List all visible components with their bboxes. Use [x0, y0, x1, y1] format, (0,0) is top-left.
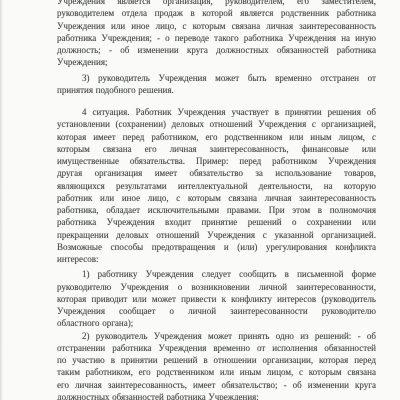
text-line: должностных обязанностей работника Учреж…	[57, 391, 376, 400]
text-line: 4 ситуация. Работник Учреждения участвуе…	[57, 106, 376, 118]
text-line: другая организация имеет обязательство з…	[57, 167, 376, 179]
scan-edge-shadow	[0, 0, 3, 400]
text-line: интересов:	[57, 253, 376, 265]
text-line: которым связана его личная заинтересован…	[57, 143, 376, 155]
text-line: принятия подобного решения.	[57, 84, 376, 96]
text-line: по участию в принятии решений в отношени…	[57, 354, 376, 366]
scanned-document-page: Учреждения является организация, руковод…	[0, 0, 400, 400]
text-line: имущественные обязательства. Пример: пер…	[57, 155, 376, 167]
text-line: работника, обладает исключительными прав…	[57, 204, 376, 216]
text-line: Учреждения или иное лицо, с которым связ…	[57, 20, 376, 32]
text-line: Учреждения является организация, руковод…	[57, 0, 376, 7]
text-line: его личная заинтересованность, имеет обя…	[57, 379, 376, 391]
text-line: отстранении работника Учреждения временн…	[57, 342, 376, 354]
text-line: которая имеет перед работником, его родс…	[57, 131, 376, 143]
text-line: таким работником, его родственником или …	[57, 366, 376, 378]
text-line: работник или иное лицо, с которым связан…	[57, 192, 376, 204]
text-line: руководителем отдела продаж в которой яв…	[57, 7, 376, 19]
text-line: 2) руководитель Учреждения может принять…	[57, 330, 376, 342]
document-text-column: Учреждения является организация, руковод…	[57, 0, 376, 400]
text-line: работника Учреждения входит принятие реш…	[57, 216, 376, 228]
text-line: руководителю Учреждения о возникновении …	[57, 281, 376, 293]
text-line: должность; - об изменении круга должност…	[57, 44, 376, 56]
text-line: Учреждения сообщает о личной заинтересов…	[57, 305, 376, 317]
text-line: 3) руководитель Учреждения может быть вр…	[57, 72, 376, 84]
text-line: являющихся результатами интеллектуальной…	[57, 180, 376, 192]
text-line: Учреждения;	[57, 56, 376, 68]
text-line: которая приводит или может привести к ко…	[57, 293, 376, 305]
text-line: Возможные способы предотвращения и (или)…	[57, 241, 376, 253]
text-line: работника Учреждения; - о переводе таког…	[57, 32, 376, 44]
text-line: прекращении деловых отношений Учреждения…	[57, 229, 376, 241]
text-line: 1) работнику Учреждения следует сообщить…	[57, 268, 376, 280]
text-line: областного органа);	[57, 317, 376, 329]
text-line: установлении (сохранении) деловых отноше…	[57, 118, 376, 130]
